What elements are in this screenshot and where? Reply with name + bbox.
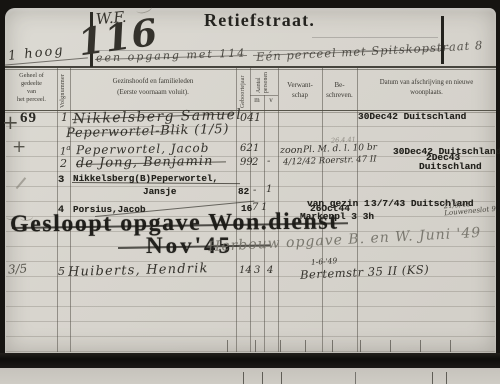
- next-card-tick: [262, 372, 263, 384]
- scanned-registration-card: { "colors": { "paper": "#d9d6cf", "ink":…: [0, 0, 500, 384]
- row0-geboortejaar: 04: [240, 112, 254, 124]
- bottom-tick: [255, 340, 256, 352]
- row0-perceel-number: 69: [20, 111, 37, 127]
- row3-aantal-v: 1: [266, 185, 272, 196]
- col-header-m: m: [250, 97, 264, 104]
- col-header-v: v: [264, 97, 278, 104]
- row2-datum-line2: Duitschland: [419, 162, 482, 172]
- col-header-perceel: Geheel of gedeelte van het perceel.: [6, 72, 57, 104]
- col-header-gezinshoofd-2: (Eerste voornaam voluit).: [70, 89, 236, 96]
- row3-aantal-m: -: [253, 186, 256, 197]
- next-card-tick: [243, 372, 244, 384]
- street-title: Retiefstraat.: [204, 11, 315, 30]
- next-card-tick: [355, 372, 356, 384]
- next-card-edge: [0, 368, 500, 384]
- next-card-tick: [446, 372, 447, 384]
- row0-margin-cross: +: [2, 112, 19, 133]
- row2-aantal-m: 2: [252, 158, 258, 169]
- row1-volgnummer-suffix: a: [66, 144, 70, 152]
- bottom-tick: [305, 340, 306, 352]
- next-card-tick: [281, 372, 282, 384]
- row1-geboortejaar: 62: [240, 144, 253, 155]
- card-gap-shadow: [0, 353, 500, 368]
- col-header-gezinshoofd-1: Gezinshoofd en familieleden: [70, 78, 236, 85]
- bottom-tick: [450, 340, 451, 352]
- bottom-tick: [227, 340, 228, 352]
- row2-aantal-v: -: [267, 157, 270, 168]
- row3-geboortejaar: 82: [238, 187, 249, 197]
- row1-verwantschap: zoon: [280, 146, 303, 156]
- col-header-volgnummer: Volgnummer: [60, 74, 66, 108]
- row0-aantal-m: 1: [254, 112, 261, 124]
- col-header-beschreven: Be- schreven.: [322, 80, 357, 100]
- row0-volgnummer: 1: [61, 112, 68, 124]
- row1-aantal-m: 1: [253, 144, 259, 155]
- col-header-verwantschap: Verwant- schap: [278, 80, 322, 100]
- col-header-aantal-personen: Aantal personen: [256, 72, 269, 93]
- row1-volgnummer: 1a: [60, 145, 71, 158]
- next-card-tick: [432, 372, 433, 384]
- row5-volgnummer: 5: [58, 266, 65, 278]
- bottom-tick: [420, 340, 421, 352]
- col-header-geboortejaar: Geboortejaar: [240, 75, 246, 108]
- row3-name-line2: Jansje: [143, 187, 176, 197]
- title-underline: [312, 37, 438, 38]
- col-header-datum: Datum van afschrijving en nieuwe woonpla…: [357, 78, 496, 98]
- row5-aantal-m: 3: [254, 266, 260, 277]
- bottom-tick: [332, 340, 333, 352]
- row5-margin-number: 3/5: [8, 262, 28, 276]
- row3-volgnummer: 3: [58, 175, 64, 186]
- row5-aantal-v: 4: [267, 266, 273, 277]
- row2-volgnummer: 2: [60, 158, 67, 170]
- row0-datum: 30Dec42 Duitschland: [358, 112, 466, 122]
- initials-note: W.F.: [95, 10, 127, 28]
- bottom-tick: [390, 340, 391, 352]
- row5-geboortejaar: 14: [239, 266, 252, 277]
- bottom-tick: [280, 340, 281, 352]
- bottom-tick: [360, 340, 361, 352]
- row1-margin-cross: +: [12, 139, 26, 157]
- row2-geboortejaar: 99: [240, 158, 253, 169]
